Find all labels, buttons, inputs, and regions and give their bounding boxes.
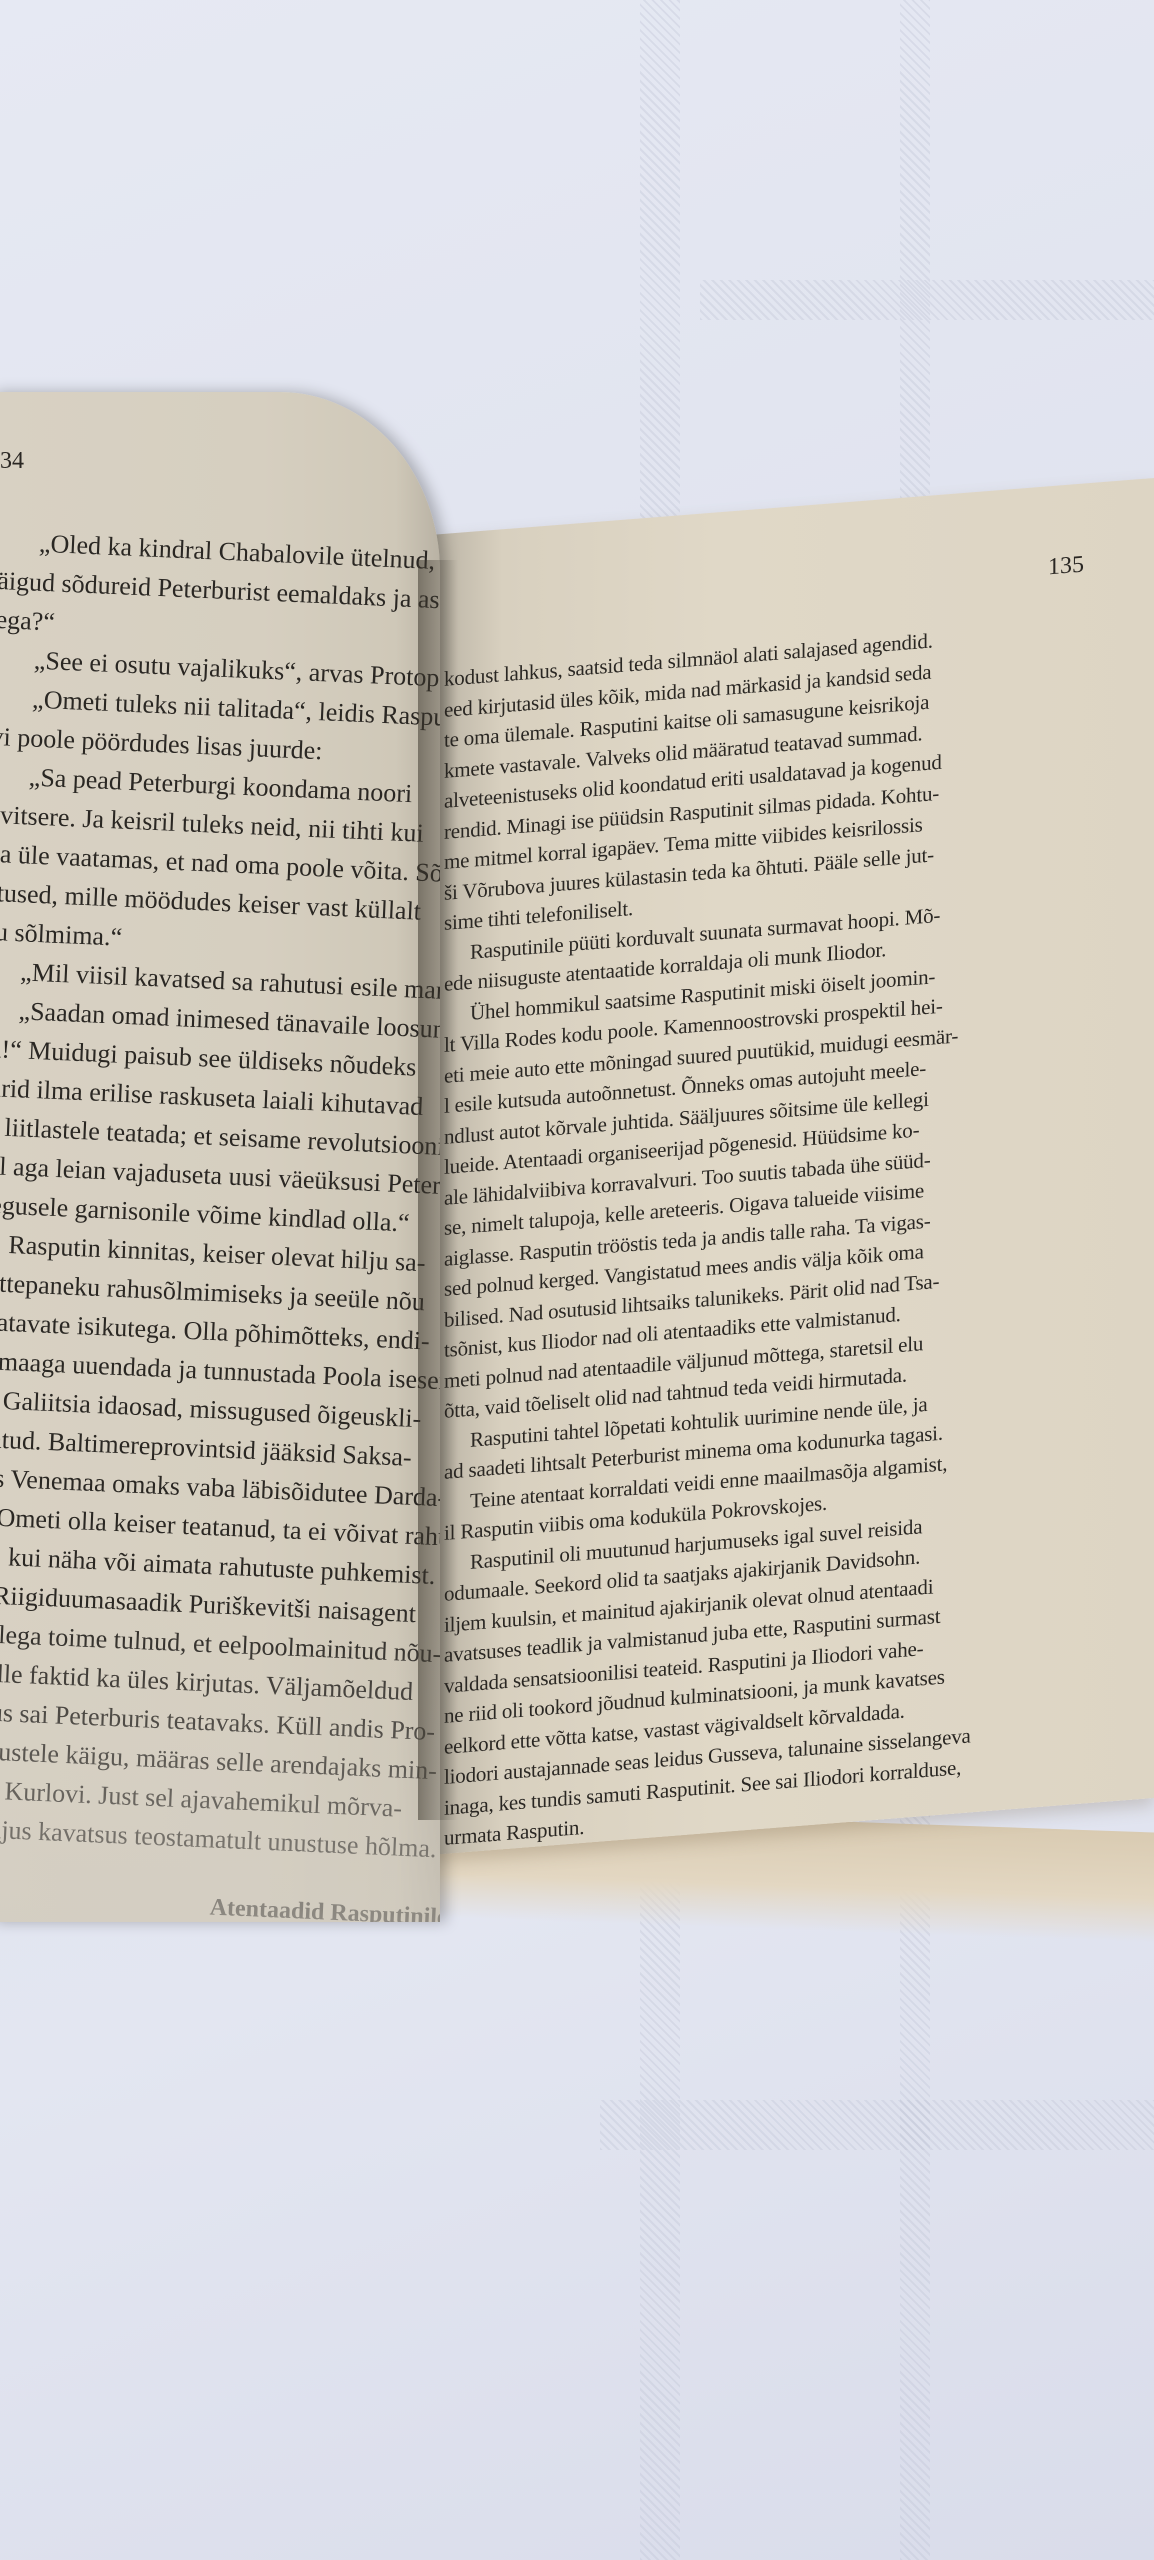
text-line: vatsus sai Peterburis teatavaks. Küll an… [0,1691,440,1753]
page-body-text: „Oled ka kindral Chabalovile ütelnud, et… [0,522,440,1922]
text-line: a sellega toime tulnud, et eelpoolmainit… [0,1613,440,1675]
tablecloth-pattern [700,280,1154,320]
book-spine-shadow [418,560,458,1820]
right-page: 135 kodust lahkus, saatsid teda silmnäol… [430,478,1154,1855]
tablecloth-pattern [600,2100,1154,2150]
left-page: 34 „Oled ka kindral Chabalovile ütelnud,… [0,392,440,1922]
section-heading: Atentaadid Rasputinile [0,1877,440,1922]
page-number: 34 [0,448,24,475]
page-body-text: kodust lahkus, saatsid teda silmnäol ala… [444,622,971,1855]
text-line: nii vajus kavatsus teostamatult unustuse… [0,1808,440,1870]
text-line: lmistustele käigu, määras selle arendaja… [0,1730,440,1792]
text-line: ndral Kurlovi. Just sel ajavahemikul mõr… [0,1769,440,1831]
text-line: ta selle faktid ka üles kirjutas. Väljam… [0,1652,440,1714]
page-number: 135 [1048,552,1084,582]
paragraph-lines: „Oled ka kindral Chabalovile ütelnud, et… [0,522,440,1870]
